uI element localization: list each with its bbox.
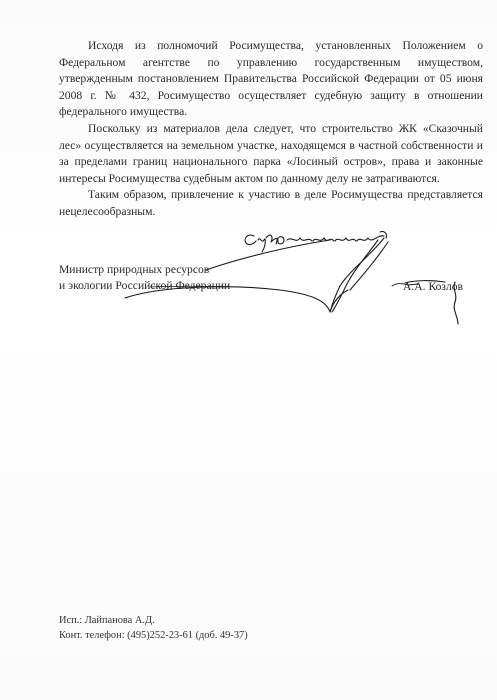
position-line-2: и экологии Российской Федерации	[59, 278, 230, 294]
contact-phone-line: Конт. телефон: (495)252-23-61 (доб. 49-3…	[59, 629, 248, 644]
signer-position: Министр природных ресурсов и экологии Ро…	[59, 262, 230, 293]
paragraph-authority: Исходя из полномочий Росимущества, устан…	[59, 38, 483, 121]
paragraph-construction: Поскольку из материалов дела следует, чт…	[59, 121, 483, 187]
document-footer: Исп.: Лайпанова А.Д. Конт. телефон: (495…	[59, 614, 248, 643]
executor-line: Исп.: Лайпанова А.Д.	[59, 614, 248, 629]
paragraph-conclusion: Таким образом, привлечение к участию в д…	[59, 187, 483, 220]
signer-name: А.А. Козлов	[403, 280, 463, 293]
letter-body: Исходя из полномочий Росимущества, устан…	[59, 38, 483, 221]
position-line-1: Министр природных ресурсов	[59, 262, 230, 278]
document-page: Исходя из полномочий Росимущества, устан…	[0, 0, 497, 700]
